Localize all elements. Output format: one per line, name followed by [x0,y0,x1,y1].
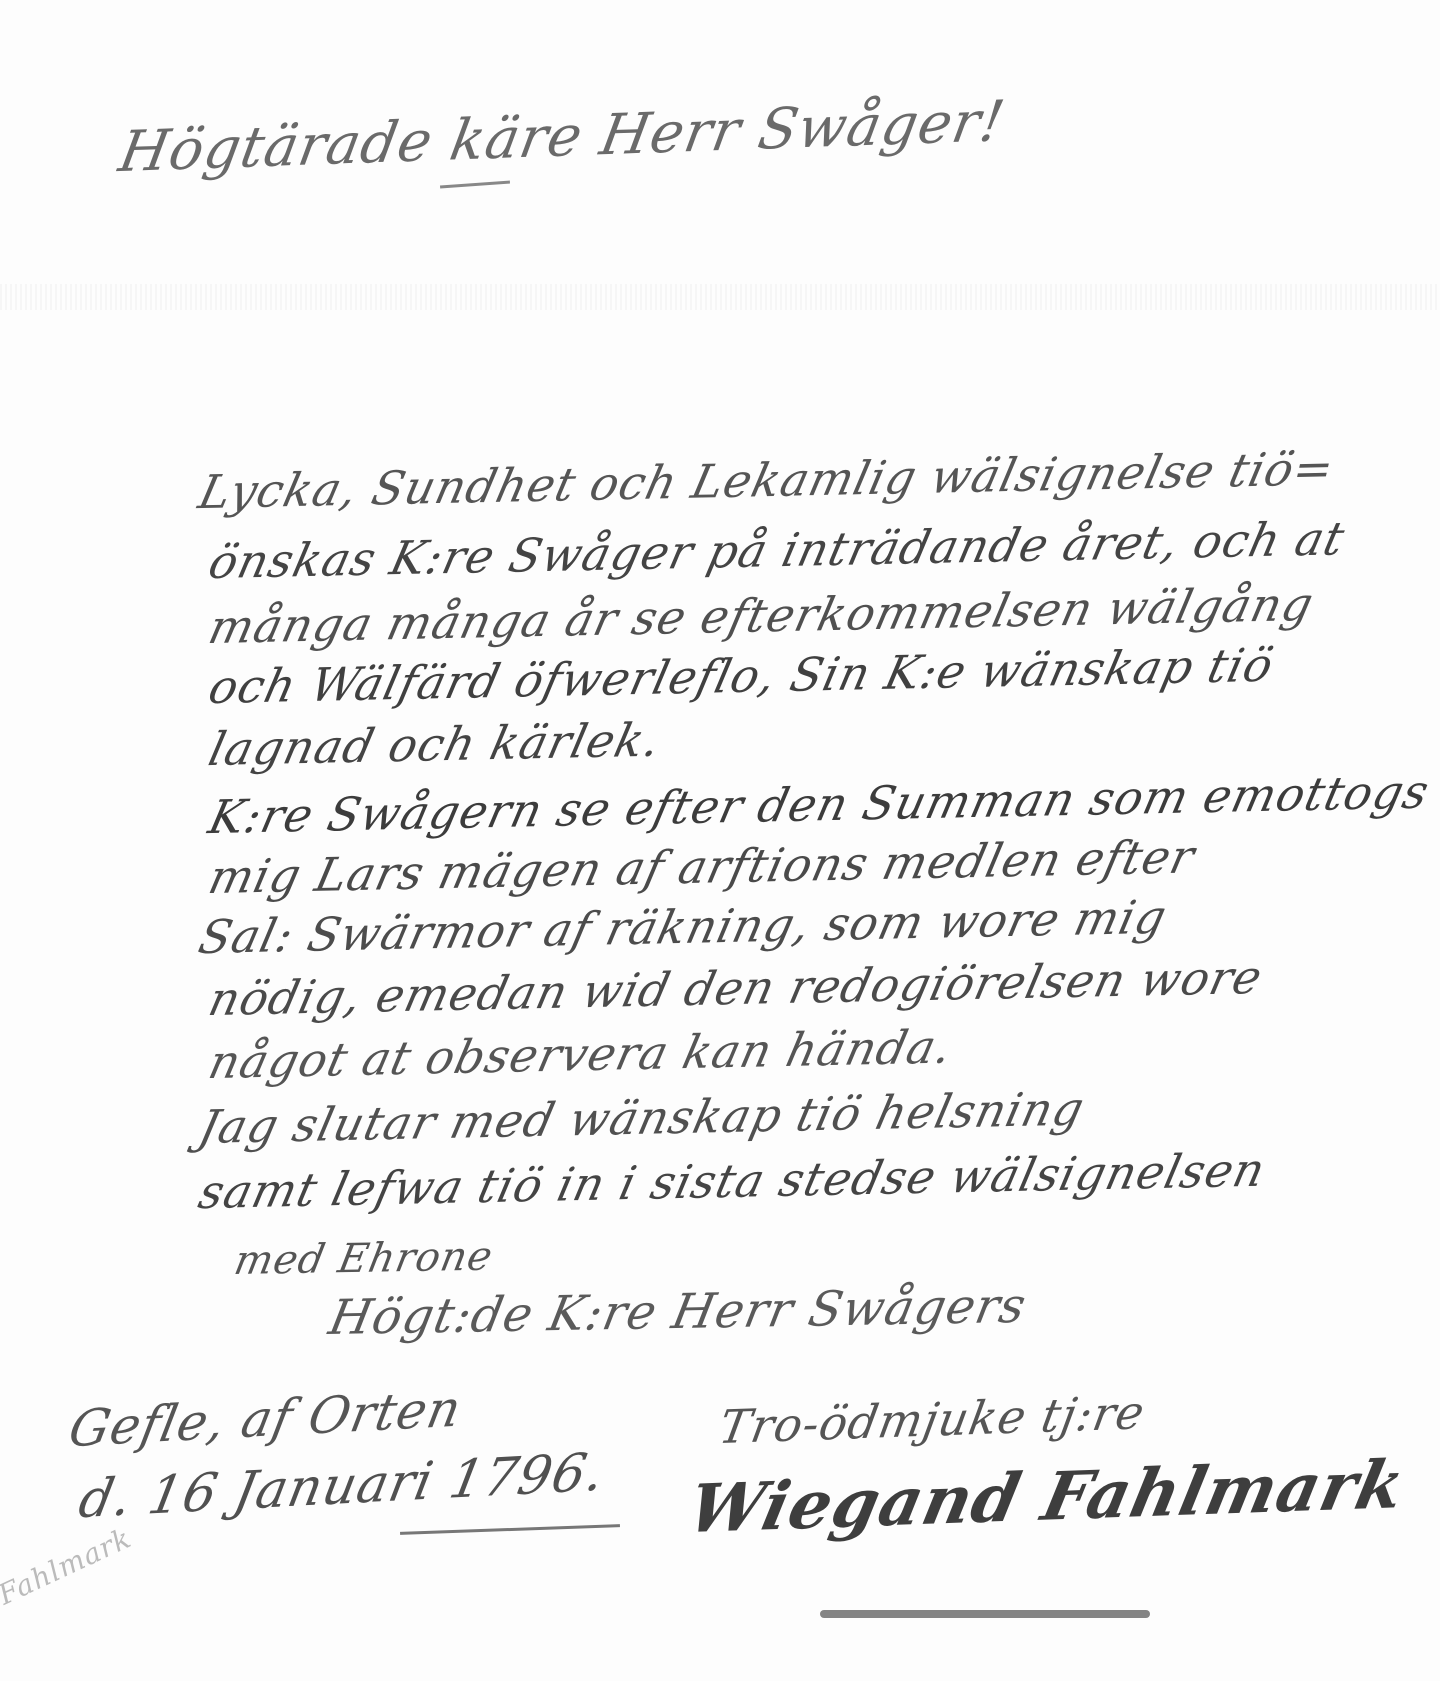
signature-underline [820,1610,1150,1618]
body-line: nödig, emedan wid den redogiörelsen wore [204,950,1268,1026]
signature: Wiegand Fahlmark [682,1445,1413,1549]
closing-line-2: Högt:de K:re Herr Swågers [325,1278,1032,1346]
letter-page: Högtärade käre Herr Swåger! Lycka, Sundh… [0,0,1440,1681]
scan-artifact-band [0,284,1440,310]
body-line: K:re Swågern se efter den Summan som emo… [204,763,1440,844]
date-underline [400,1524,620,1535]
body-line: Lycka, Sundhet och Lekamlig wälsignelse … [194,441,1340,519]
body-line: lagnad och kärlek. [204,712,666,776]
date-line: d. 16 Januari 1796. [74,1442,610,1530]
closing-line-1: med Ehrone [231,1233,497,1284]
place-line: Gefle, af Orten [64,1379,466,1458]
margin-note: Fahlmark [0,1521,136,1611]
body-line: önskas K:re Swåger på inträdande året, o… [204,511,1350,589]
salutation: Högtärade käre Herr Swåger! [114,89,1010,185]
body-line: samt lefwa tiö in i sista stedse wälsign… [194,1143,1271,1220]
body-line: något at observera kan hända. [204,1019,958,1089]
subscription: Tro-ödmjuke tj:re [715,1385,1149,1454]
body-line: Jag slutar med wänskap tiö helsning [194,1081,1090,1154]
salutation-underline [440,181,510,189]
